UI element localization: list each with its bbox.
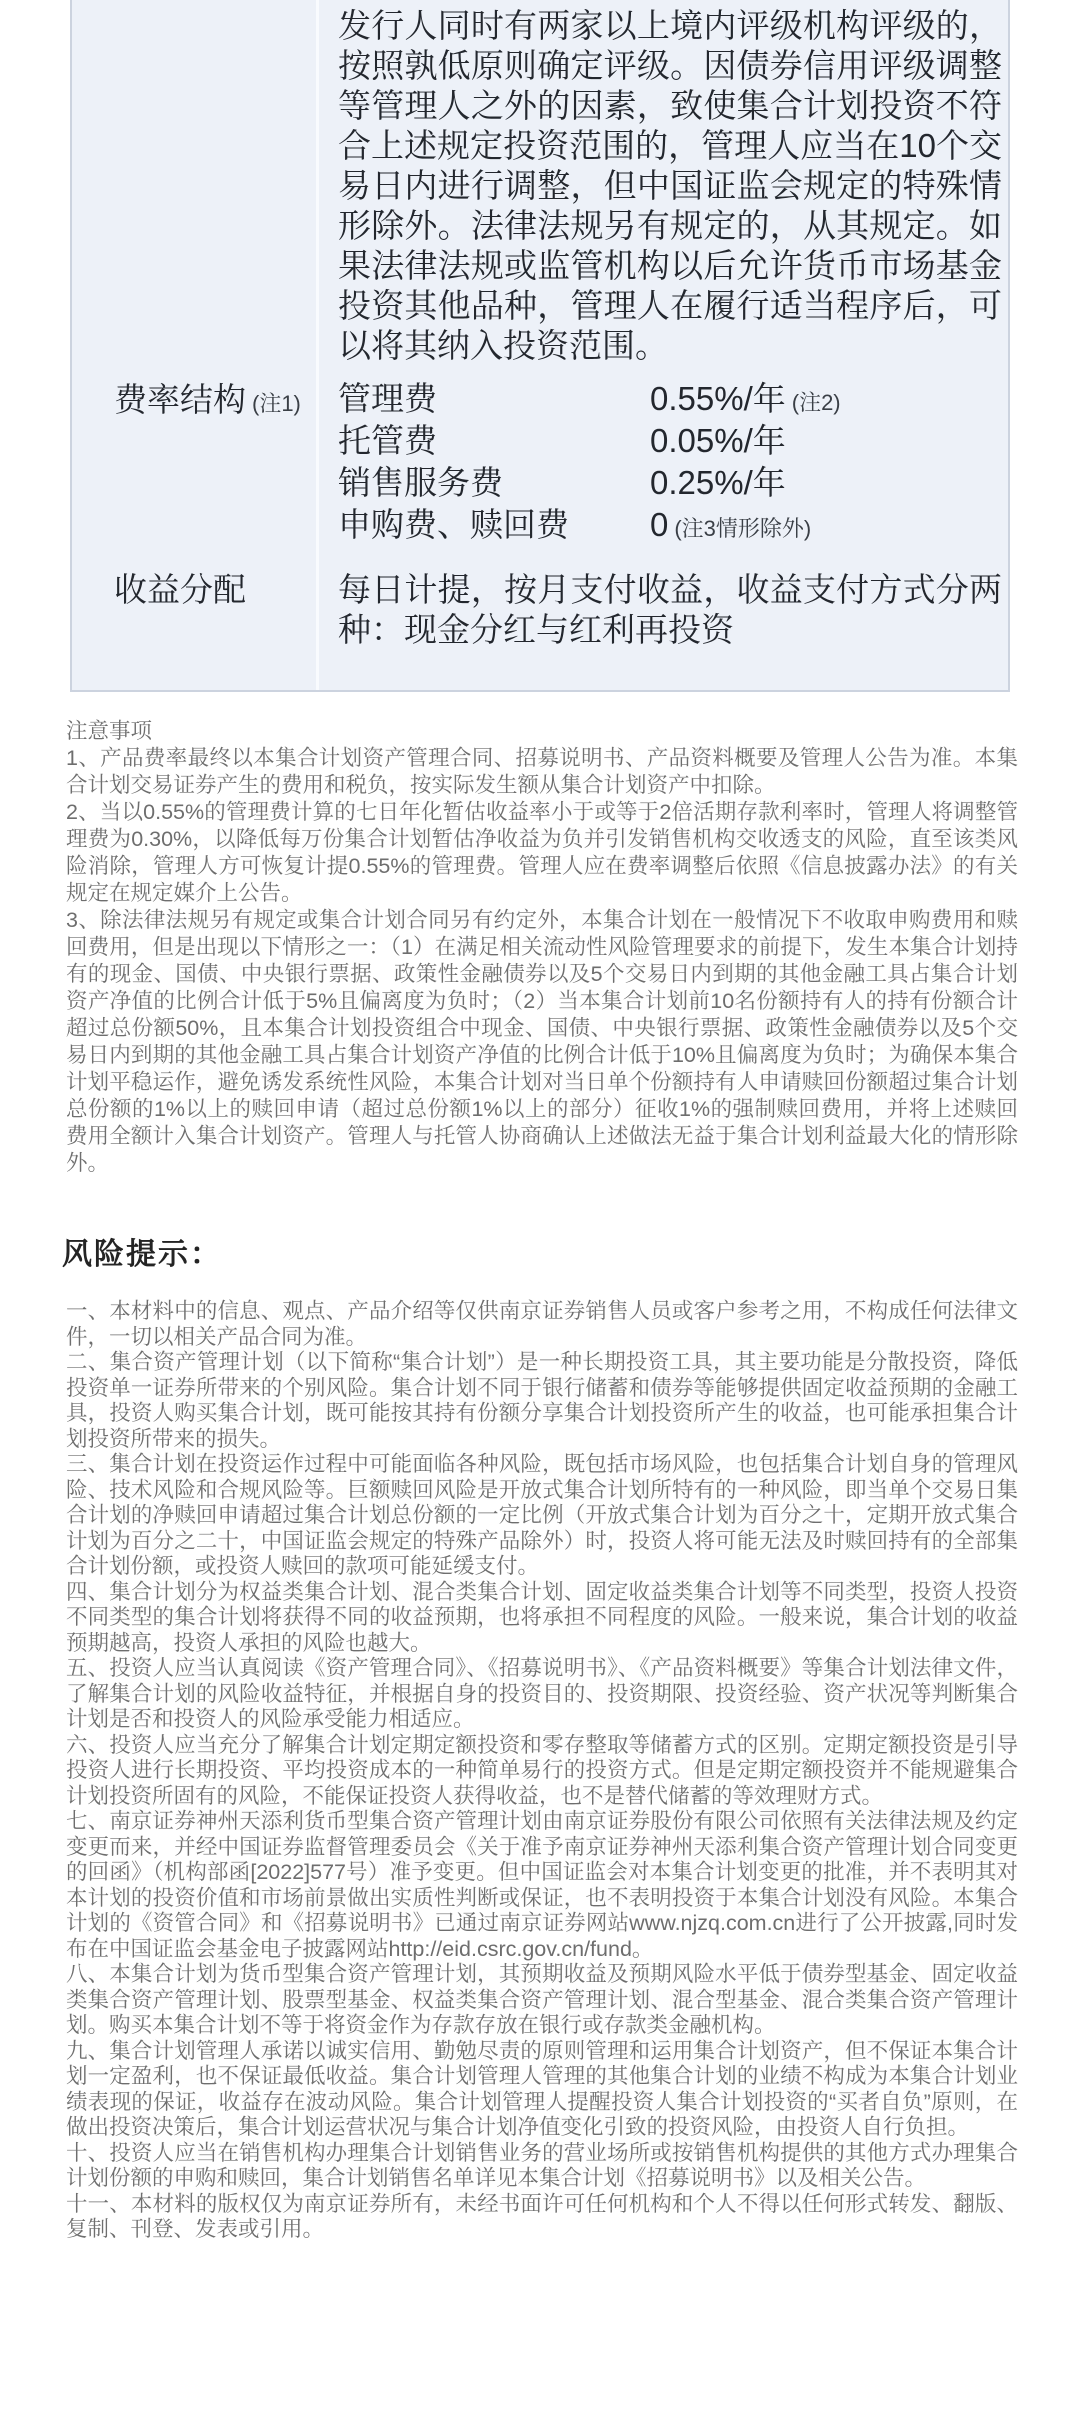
table-row-investment-scope: 发行人同时有两家以上境内评级机构评级的，按照孰低原则确定评级。因债券信用评级调整… [72, 6, 1008, 366]
risk-warning-title: 风险提示： [62, 1229, 1080, 1273]
fee-row-subscription-redemption: 申购费、赎回费 0(注3情形除外) [338, 506, 1002, 548]
fee-value: 0.55%/年(注2) [650, 380, 841, 422]
fee-value-note: (注3情形除外) [674, 516, 811, 541]
fee-row-custody: 托管费 0.05%/年 [338, 422, 1002, 464]
fee-structure-label-note: (注1) [252, 391, 301, 416]
risk-item-1: 一、本材料中的信息、观点、产品介绍等仅供南京证券销售人员或客户参考之用，不构成任… [66, 1299, 1018, 1350]
risk-item-6: 六、投资人应当充分了解集合计划定期定额投资和零存整取等储蓄方式的区别。定期定额投… [66, 1733, 1018, 1810]
table-row-fee-structure: 费率结构(注1) 管理费 0.55%/年(注2) 托管费 0.05%/年 销售服… [72, 380, 1008, 548]
risk-item-4: 四、集合计划分为权益类集合计划、混合类集合计划、固定收益类集合计划等不同类型，投… [66, 1580, 1018, 1657]
note-item-3: 3、除法律法规另有规定或集合计划合同另有约定外，本集合计划在一般情况下不收取申购… [66, 907, 1018, 1177]
risk-warning-section: 一、本材料中的信息、观点、产品介绍等仅供南京证券销售人员或客户参考之用，不构成任… [66, 1299, 1018, 2243]
risk-item-11: 十一、本材料的版权仅为南京证券所有，未经书面许可任何机构和个人不得以任何形式转发… [66, 2192, 1018, 2243]
product-disclosure-page: 发行人同时有两家以上境内评级机构评级的，按照孰低原则确定评级。因债券信用评级调整… [0, 0, 1080, 2424]
income-distribution-label: 收益分配 [72, 570, 316, 650]
fee-value: 0.25%/年 [650, 464, 792, 506]
fee-row-management: 管理费 0.55%/年(注2) [338, 380, 1002, 422]
notes-title: 注意事项 [66, 718, 1018, 745]
fee-name: 管理费 [338, 380, 650, 422]
notes-section: 注意事项 1、产品费率最终以本集合计划资产管理合同、招募说明书、产品资料概要及管… [66, 718, 1018, 1177]
risk-item-5: 五、投资人应当认真阅读《资产管理合同》、《招募说明书》、《产品资料概要》等集合计… [66, 1656, 1018, 1733]
risk-item-9: 九、集合计划管理人承诺以诚实信用、勤勉尽责的原则管理和运用集合计划资产，但不保证… [66, 2039, 1018, 2141]
fee-value-note: (注2) [792, 390, 841, 415]
fee-name: 销售服务费 [338, 464, 650, 506]
risk-item-3: 三、集合计划在投资运作过程中可能面临各种风险，既包括市场风险，也包括集合计划自身… [66, 1452, 1018, 1580]
note-item-2: 2、当以0.55%的管理费计算的七日年化暂估收益率小于或等于2倍活期存款利率时，… [66, 799, 1018, 907]
product-info-table: 发行人同时有两家以上境内评级机构评级的，按照孰低原则确定评级。因债券信用评级调整… [70, 0, 1010, 692]
income-distribution-text: 每日计提，按月支付收益，收益支付方式分两种：现金分红与红利再投资 [338, 570, 1002, 650]
fee-structure-label: 费率结构(注1) [72, 380, 316, 548]
risk-item-7: 七、南京证券神州天添利货币型集合资产管理计划由南京证券股份有限公司依照有关法律法… [66, 1809, 1018, 1962]
fee-value: 0(注3情形除外) [650, 506, 811, 548]
fee-name: 托管费 [338, 422, 650, 464]
note-item-1: 1、产品费率最终以本集合计划资产管理合同、招募说明书、产品资料概要及管理人公告为… [66, 745, 1018, 799]
fee-name: 申购费、赎回费 [338, 506, 650, 548]
table-row-income-distribution: 收益分配 每日计提，按月支付收益，收益支付方式分两种：现金分红与红利再投资 [72, 570, 1008, 650]
risk-item-10: 十、投资人应当在销售机构办理集合计划销售业务的营业场所或按销售机构提供的其他方式… [66, 2141, 1018, 2192]
investment-scope-text: 发行人同时有两家以上境内评级机构评级的，按照孰低原则确定评级。因债券信用评级调整… [338, 6, 1002, 366]
investment-scope-label-cell [72, 6, 316, 366]
fee-row-sales-service: 销售服务费 0.25%/年 [338, 464, 1002, 506]
risk-item-8: 八、本集合计划为货币型集合资产管理计划，其预期收益及预期风险水平低于债券型基金、… [66, 1962, 1018, 2039]
fee-value: 0.05%/年 [650, 422, 792, 464]
risk-item-2: 二、集合资产管理计划（以下简称“集合计划”）是一种长期投资工具，其主要功能是分散… [66, 1350, 1018, 1452]
